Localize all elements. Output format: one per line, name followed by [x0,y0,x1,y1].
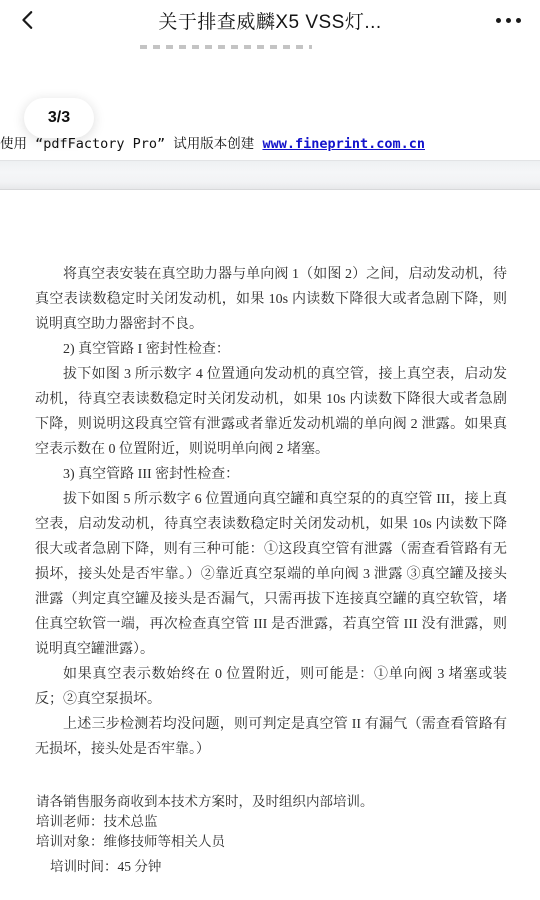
pdf-trial-footer-text: 使用 “pdfFactory Pro” 试用版本创建 [0,136,262,152]
more-menu-button[interactable] [488,2,528,38]
page-indicator-label: 3/3 [48,109,70,127]
document-page-3: 将真空表安装在真空助力器与单向阀 1（如图 2）之间，启动发动机，待真空表读数稳… [35,262,507,762]
paragraph: 拔下如图 5 所示数字 6 位置通向真空罐和真空泵的的真空管 III，接上真空表… [35,487,507,662]
paragraph: 上述三步检测若均没问题，则可判定是真空管 II 有漏气（需查看管路有无损坏，接头… [35,712,507,762]
page-title: 关于排查威麟X5 VSS灯... [0,7,540,34]
navbar: 关于排查威麟X5 VSS灯... [0,0,540,40]
training-duration: 培训时间：45 分钟 [36,857,506,877]
back-button[interactable] [10,2,46,38]
paragraph: 拔下如图 3 所示数字 4 位置通向发动机的真空管，接上真空表，启动发动机，待真… [35,362,507,462]
page-indicator-badge: 3/3 [24,98,94,138]
section-heading: 2) 真空管路 I 密封性检查： [35,337,507,362]
section-heading: 3) 真空管路 III 密封性检查： [35,462,507,487]
chevron-left-icon [17,9,39,31]
paragraph: 将真空表安装在真空助力器与单向阀 1（如图 2）之间，启动发动机，待真空表读数稳… [35,262,507,337]
page-separator [0,160,540,190]
ellipsis-icon [496,18,521,23]
training-audience: 培训对象：维修技师等相关人员 [36,832,506,852]
clipped-text-fragment [140,45,312,49]
training-notice: 请各销售服务商收到本技术方案时，及时组织内部培训。 [36,792,506,812]
training-teacher: 培训老师：技术总监 [36,812,506,832]
document-viewer[interactable]: 使用 “pdfFactory Pro” 试用版本创建 www.fineprint… [0,40,540,900]
paragraph: 如果真空表示数始终在 0 位置附近，则可能是：①单向阀 3 堵塞或装反；②真空泵… [35,662,507,712]
training-info: 请各销售服务商收到本技术方案时，及时组织内部培训。 培训老师：技术总监 培训对象… [36,792,506,877]
fineprint-link[interactable]: www.fineprint.com.cn [262,136,425,152]
